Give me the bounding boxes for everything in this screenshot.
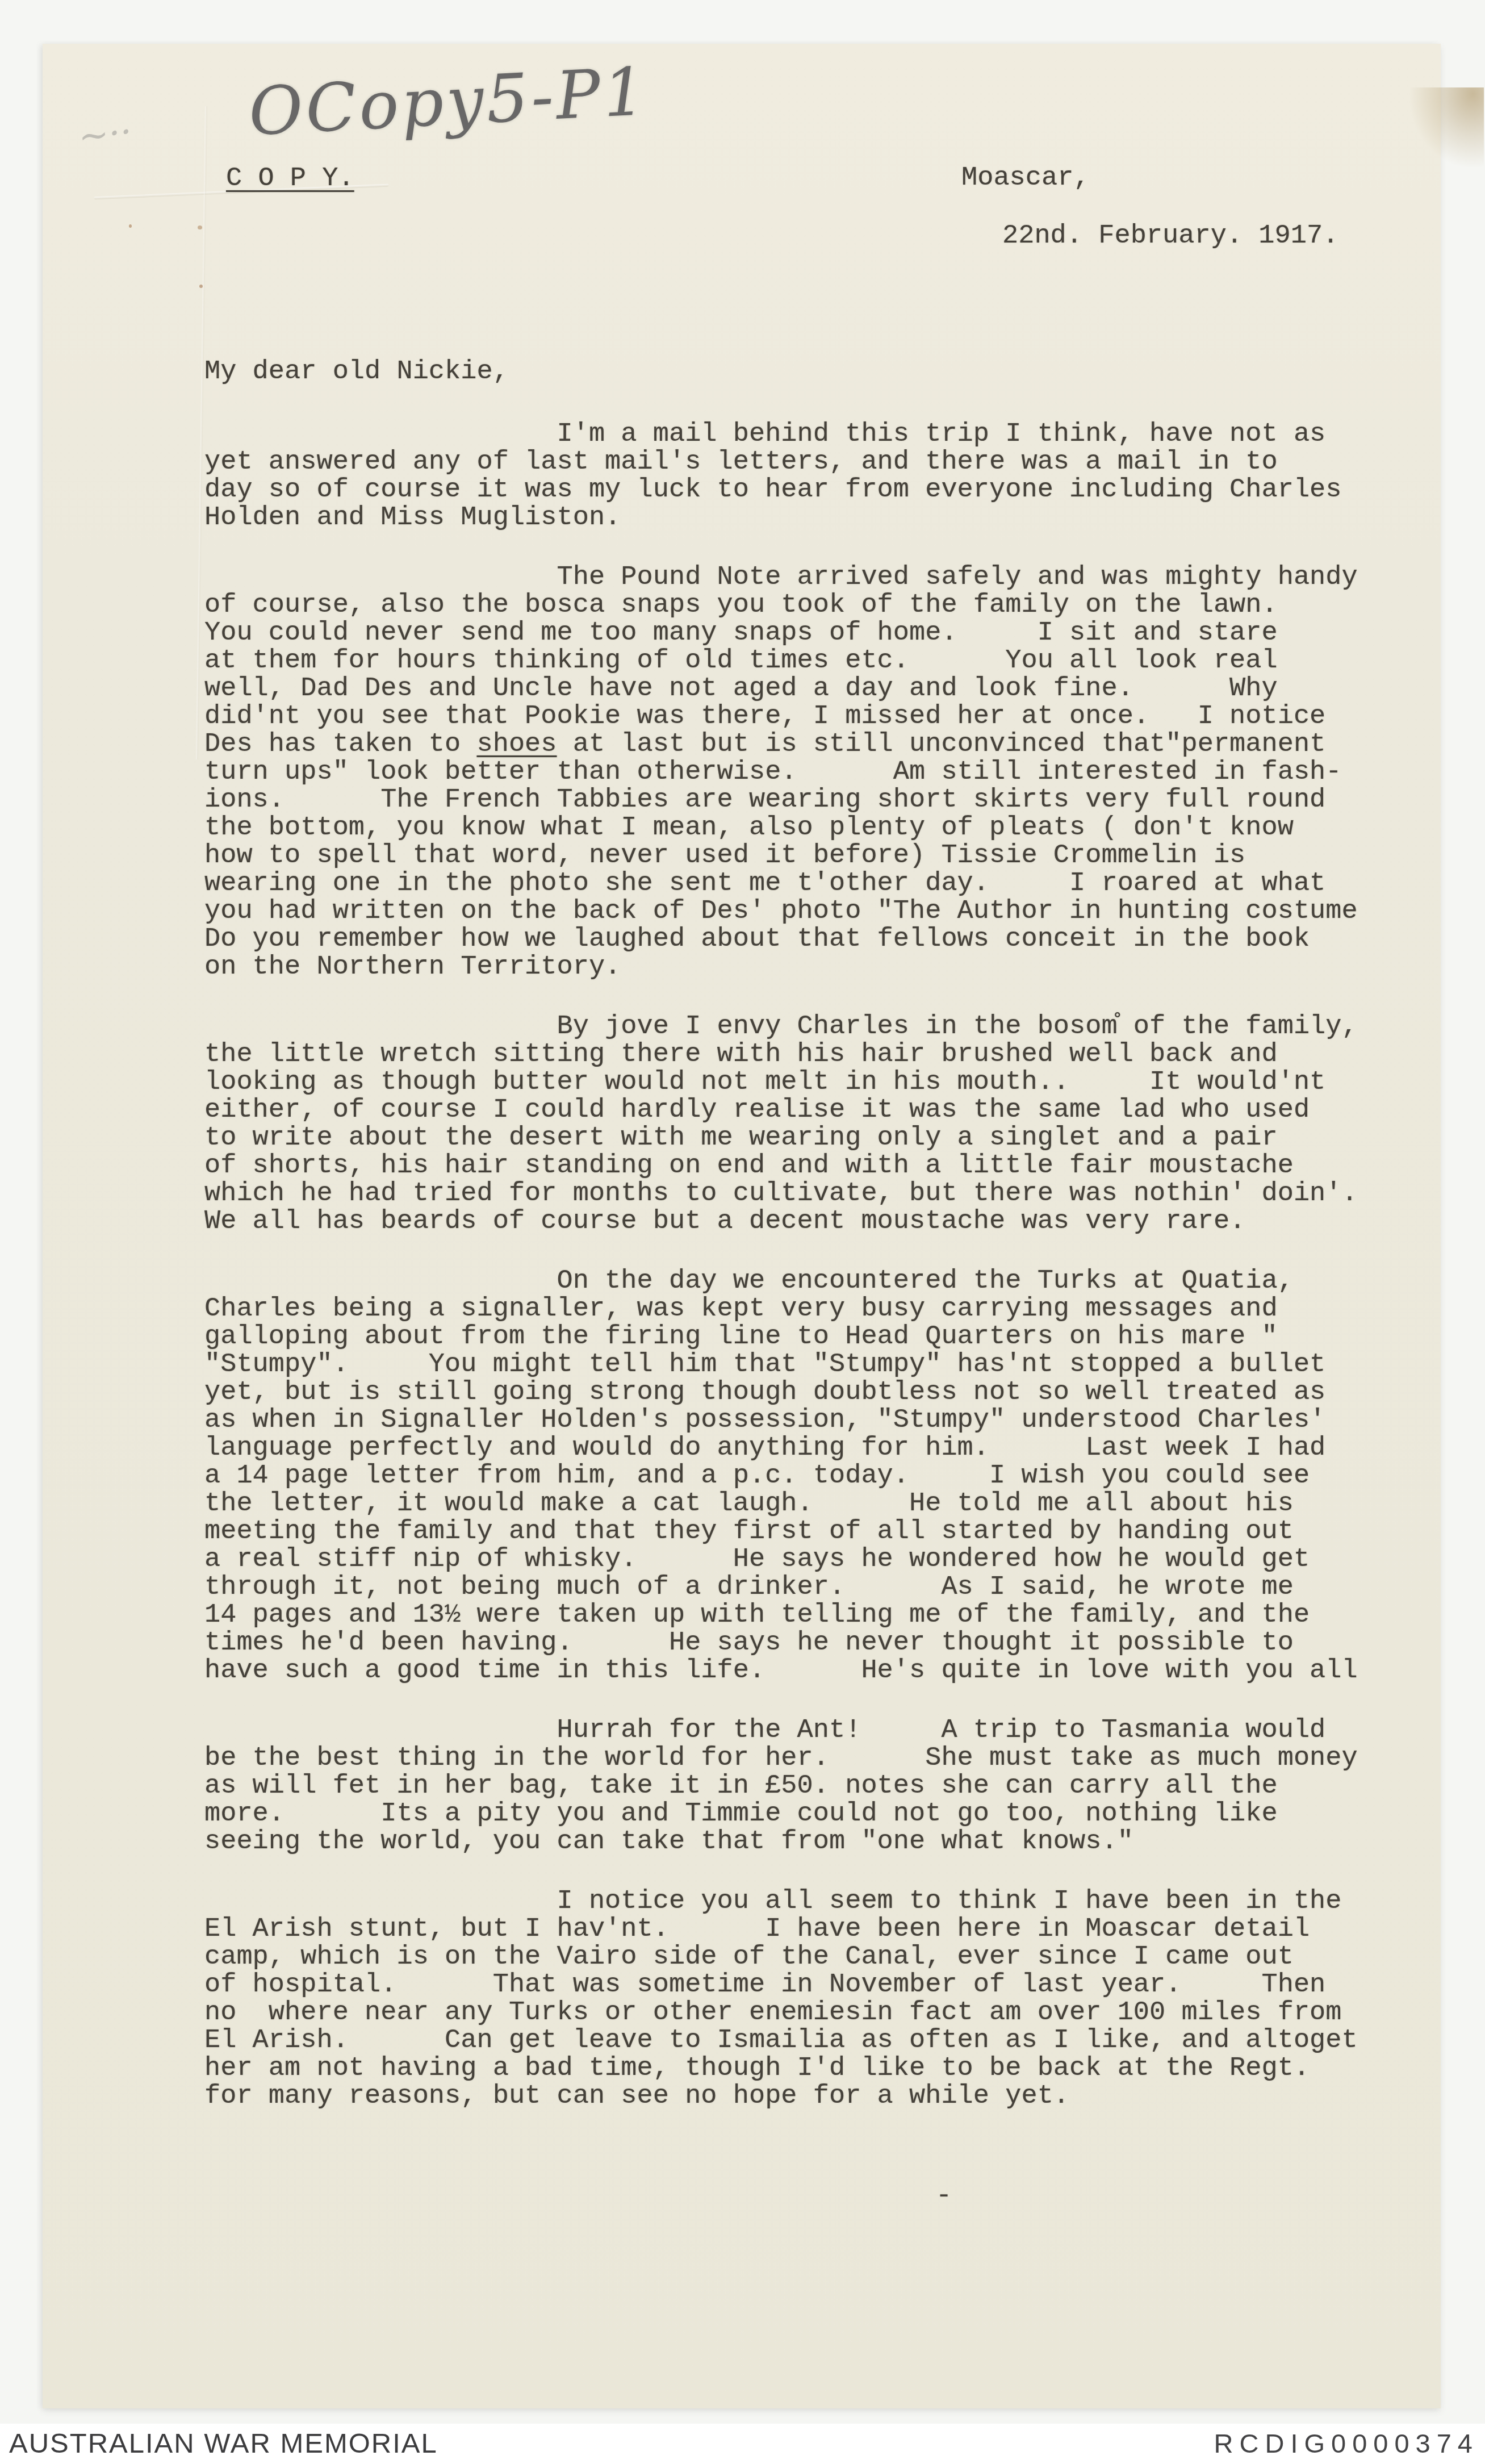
letter-paragraph: I notice you all seem to think I have be… [204, 1887, 1358, 2110]
letter-line: either, of course I could hardly realise… [204, 1096, 1358, 1124]
letter-line: language perfectly and would do anything… [204, 1434, 1358, 1462]
letter-line: times he'd been having. He says he never… [204, 1629, 1358, 1657]
awm-footer-title: AUSTRALIAN WAR MEMORIAL [9, 2427, 438, 2459]
paper-speck [129, 224, 132, 228]
letter-line: galloping about from the firing line to … [204, 1323, 1358, 1351]
letter-line: I notice you all seem to think I have be… [204, 1887, 1358, 1915]
letter-line: no where near any Turks or other enemies… [204, 1999, 1358, 2027]
letter-line: a real stiff nip of whisky. He says he w… [204, 1546, 1358, 1573]
letter-line: yet, but is still going strong though do… [204, 1379, 1358, 1406]
awm-record-id: RCDIG0000374 [1214, 2428, 1479, 2459]
letter-line: By jove I envy Charles in the bosom̊ of … [204, 1013, 1358, 1041]
letter-line: for many reasons, but can see no hope fo… [204, 2082, 1358, 2110]
letter-line: the little wretch sitting there with his… [204, 1041, 1358, 1068]
letter-date: 22nd. February. 1917. [1002, 221, 1338, 251]
letter-paragraph: I'm a mail behind this trip I think, hav… [204, 420, 1358, 532]
letter-line: of shorts, his hair standing on end and … [204, 1152, 1358, 1180]
paper-corner-stain [1410, 87, 1484, 167]
letter-salutation: My dear old Nickie, [204, 357, 509, 387]
letter-line: El Arish stunt, but I hav'nt. I have bee… [204, 1915, 1358, 1943]
copy-label: C O P Y. [226, 164, 354, 194]
letter-line: Hurrah for the Ant! A trip to Tasmania w… [204, 1717, 1358, 1744]
paper-speck [198, 225, 202, 229]
letter-line: which he had tried for months to cultiva… [204, 1180, 1358, 1208]
letter-line: Charles being a signaller, was kept very… [204, 1295, 1358, 1323]
paper-speck [199, 285, 203, 288]
letter-line: On the day we encountered the Turks at Q… [204, 1267, 1358, 1295]
letter-line: through it, not being much of a drinker.… [204, 1573, 1358, 1601]
letter-line: how to spell that word, never used it be… [204, 842, 1358, 870]
letter-line: at them for hours thinking of old times … [204, 647, 1358, 675]
letter-line: We all has beards of course but a decent… [204, 1208, 1358, 1235]
letter-line: Do you remember how we laughed about tha… [204, 925, 1358, 953]
letter-line: seeing the world, you can take that from… [204, 1828, 1358, 1856]
letter-line: meeting the family and that they first o… [204, 1518, 1358, 1546]
letter-paragraph: Hurrah for the Ant! A trip to Tasmania w… [204, 1717, 1358, 1856]
awm-footer-band: AUSTRALIAN WAR MEMORIAL RCDIG0000374 [0, 2424, 1485, 2464]
letter-line: yet answered any of last mail's letters,… [204, 448, 1358, 476]
letter-line: Des has taken to shoes at last but is st… [204, 730, 1358, 758]
letter-line: did'nt you see that Pookie was there, I … [204, 703, 1358, 730]
letter-line: I'm a mail behind this trip I think, hav… [204, 420, 1358, 448]
letter-line: the bottom, you know what I mean, also p… [204, 814, 1358, 842]
letter-line: on the Northern Territory. [204, 953, 1358, 981]
letter-line: you had written on the back of Des' phot… [204, 897, 1358, 925]
letter-line: looking as though butter would not melt … [204, 1068, 1358, 1096]
letter-line: of course, also the bosca snaps you took… [204, 591, 1358, 619]
letter-line: well, Dad Des and Uncle have not aged a … [204, 675, 1358, 703]
letter-paragraphs: I'm a mail behind this trip I think, hav… [204, 420, 1358, 2142]
letter-paragraph: On the day we encountered the Turks at Q… [204, 1267, 1358, 1685]
letter-line: wearing one in the photo she sent me t'o… [204, 870, 1358, 897]
letter-line: day so of course it was my luck to hear … [204, 476, 1358, 504]
letter-line: as when in Signaller Holden's possession… [204, 1406, 1358, 1434]
page-end-dash: - [936, 2181, 952, 2211]
letter-line: her am not having a bad time, though I'd… [204, 2054, 1358, 2082]
letter-paragraph: By jove I envy Charles in the bosom̊ of … [204, 1013, 1358, 1235]
letter-line: El Arish. Can get leave to Ismailia as o… [204, 2027, 1358, 2054]
letter-place: Moascar, [961, 163, 1090, 193]
letter-line: more. Its a pity you and Timmie could no… [204, 1800, 1358, 1828]
letter-line: to write about the desert with me wearin… [204, 1124, 1358, 1152]
letter-line: be the best thing in the world for her. … [204, 1744, 1358, 1772]
letter-line: ions. The French Tabbies are wearing sho… [204, 786, 1358, 814]
letter-paragraph: The Pound Note arrived safely and was mi… [204, 563, 1358, 981]
letter-line: of hospital. That was sometime in Novemb… [204, 1971, 1358, 1999]
letter-line: have such a good time in this life. He's… [204, 1657, 1358, 1685]
letter-line: turn ups" look better than otherwise. Am… [204, 758, 1358, 786]
letter-line: a 14 page letter from him, and a p.c. to… [204, 1462, 1358, 1490]
letter-line: 14 pages and 13½ were taken up with tell… [204, 1601, 1358, 1629]
letter-line: camp, which is on the Vairo side of the … [204, 1943, 1358, 1971]
scan-page: ~·· OCopy5-P1 C O P Y. Moascar, 22nd. Fe… [0, 0, 1485, 2464]
letter-line: Holden and Miss Mugliston. [204, 504, 1358, 532]
letter-line: The Pound Note arrived safely and was mi… [204, 563, 1358, 591]
letter-line: "Stumpy". You might tell him that "Stump… [204, 1351, 1358, 1379]
pencil-scribble: ~·· [76, 111, 134, 158]
letter-line: You could never send me too many snaps o… [204, 619, 1358, 647]
letter-line: the letter, it would make a cat laugh. H… [204, 1490, 1358, 1518]
letter-line: as will fet in her bag, take it in £50. … [204, 1772, 1358, 1800]
